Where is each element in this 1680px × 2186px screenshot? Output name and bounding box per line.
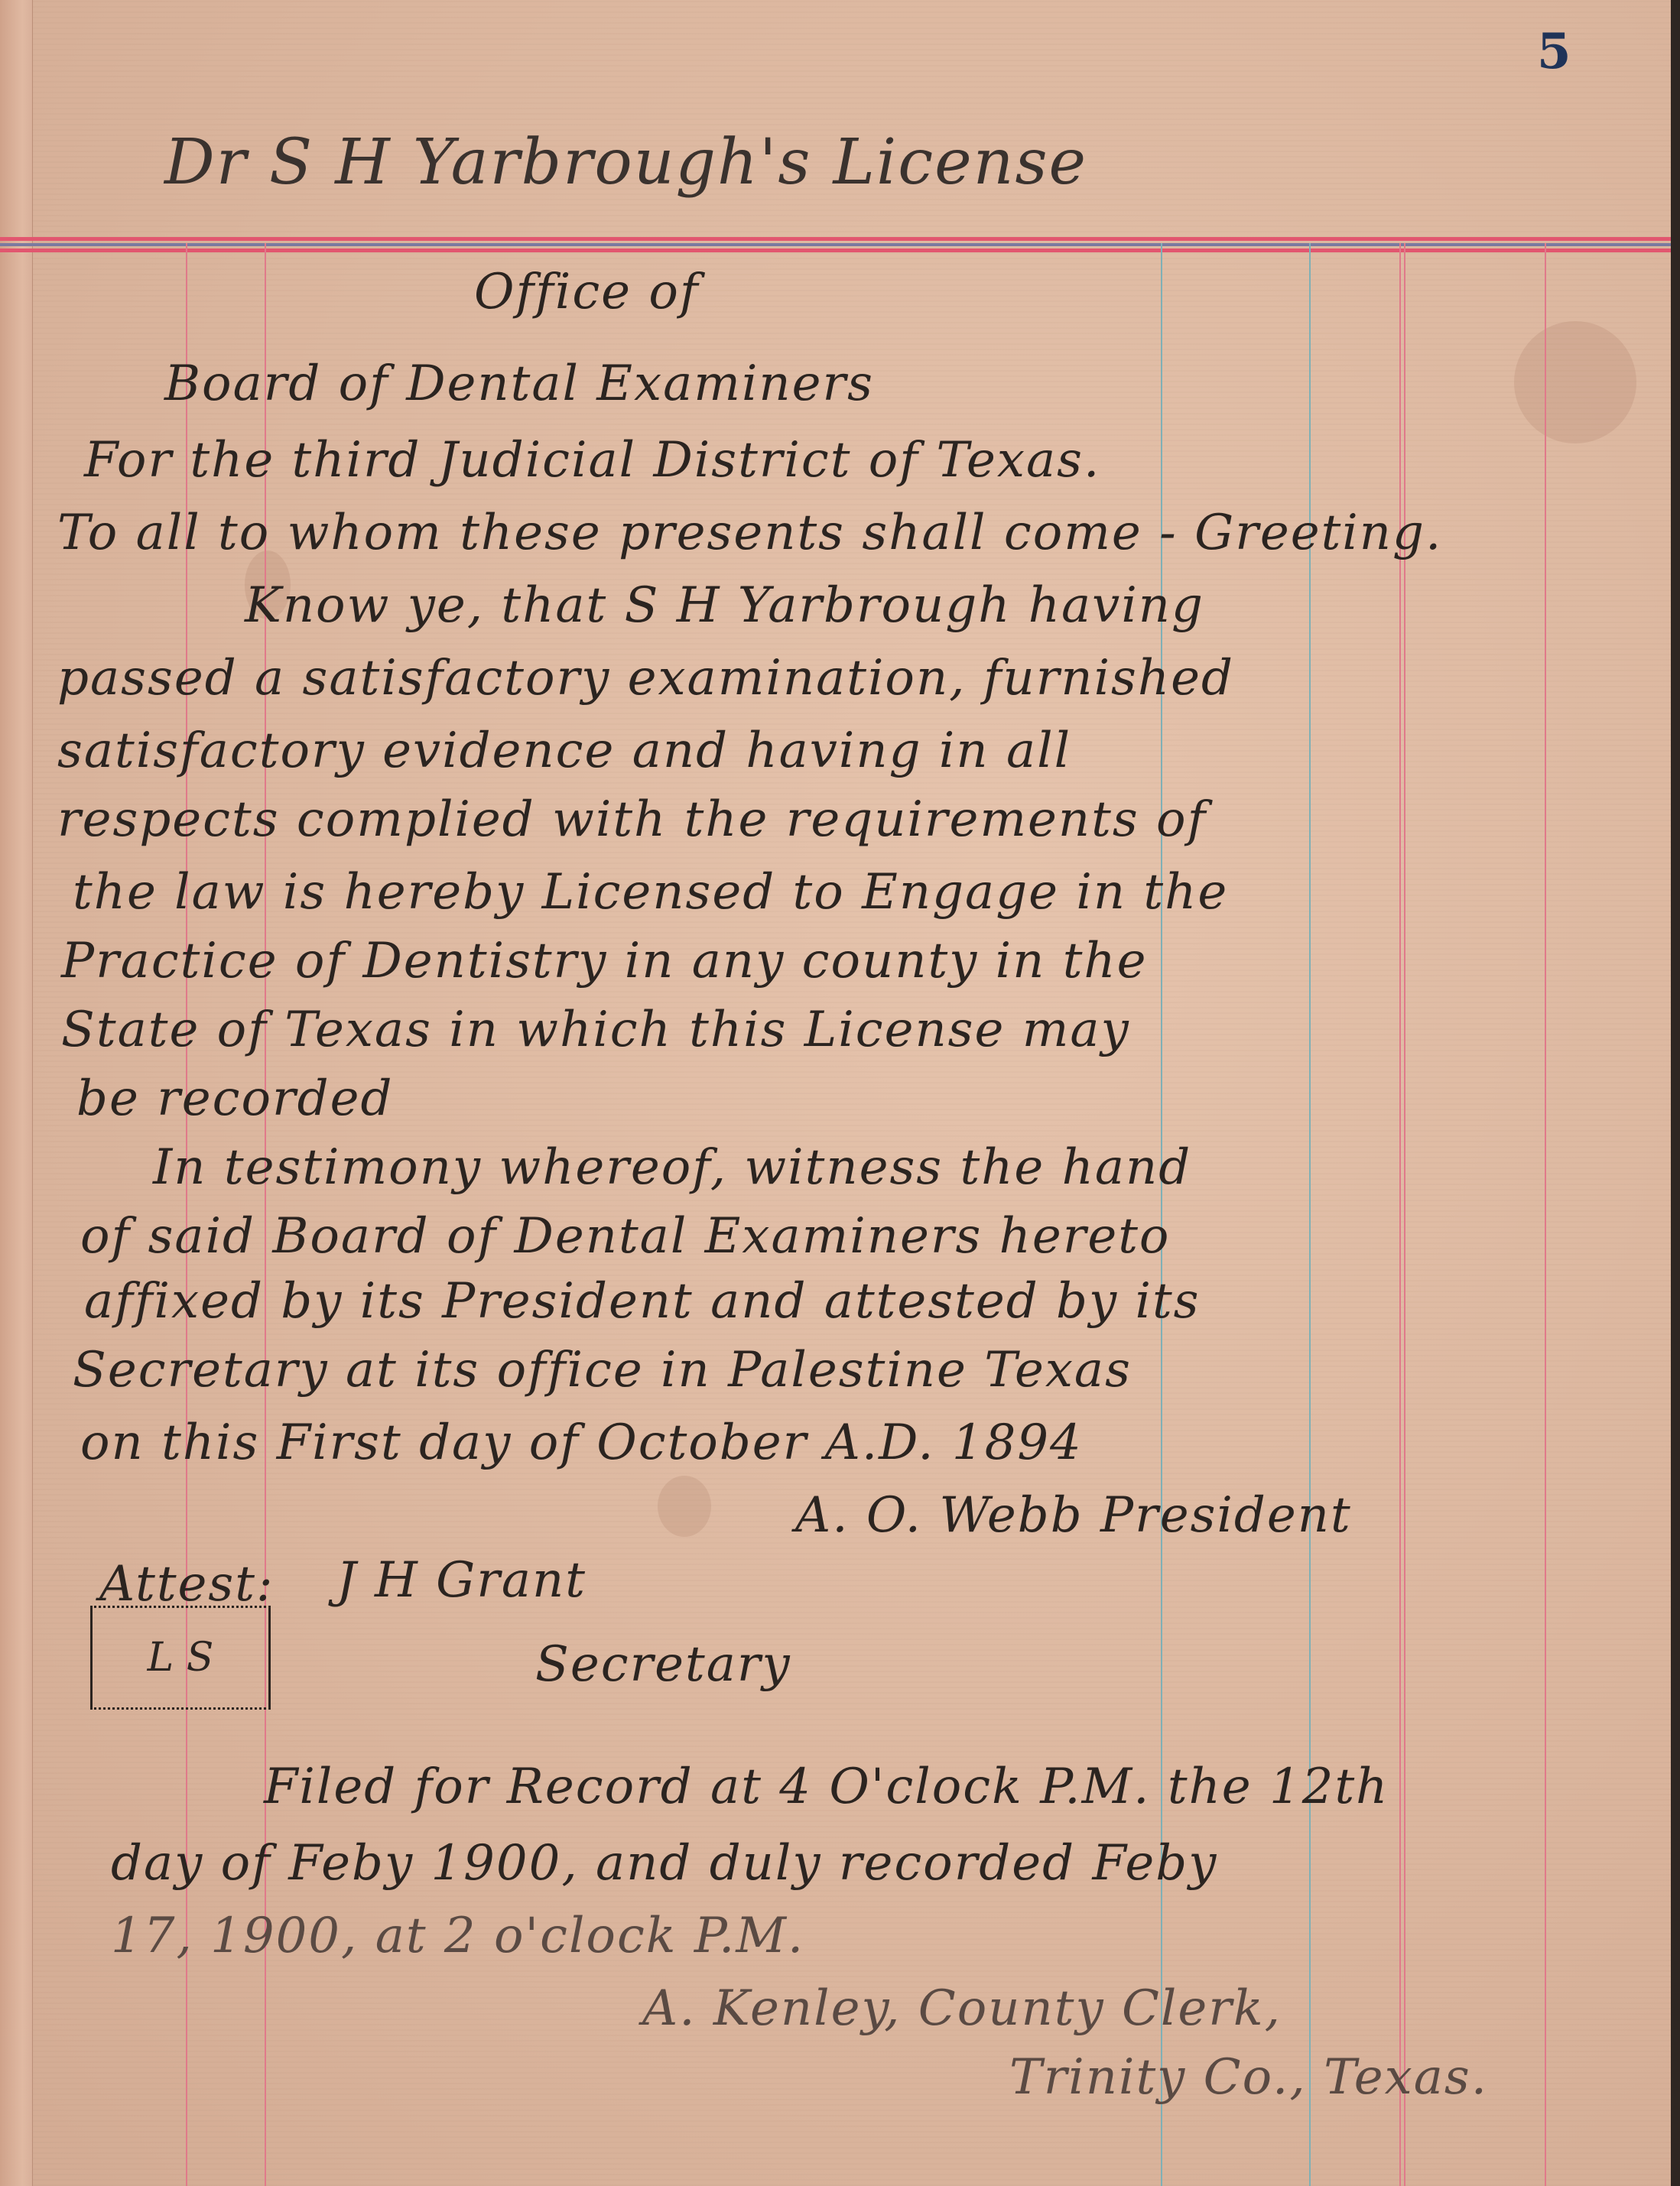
header-rule-red: [0, 248, 1671, 252]
page-title: Dr S H Yarbrough's License: [164, 126, 1087, 199]
body-line: Practice of Dentistry in any county in t…: [61, 933, 1148, 989]
header-rule-red: [0, 237, 1671, 241]
president-signature: A. O. Webb President: [795, 1487, 1352, 1544]
secretary-signature: J H Grant: [336, 1552, 587, 1609]
body-line: Secretary at its office in Palestine Tex…: [73, 1342, 1132, 1398]
paper-stain: [1514, 321, 1636, 443]
body-line: of said Board of Dental Examiners hereto: [80, 1208, 1170, 1265]
page-edge: [1671, 0, 1680, 2186]
body-line: Know ye, that S H Yarbrough having: [245, 577, 1204, 634]
column-rule: [1545, 243, 1546, 2186]
seal-mark: L S: [90, 1606, 271, 1710]
header-rule-blue: [0, 243, 1671, 246]
body-line: on this First day of October A.D. 1894: [80, 1415, 1083, 1471]
secretary-title: Secretary: [535, 1636, 791, 1693]
filing-line: day of Feby 1900, and duly recorded Feby: [111, 1835, 1217, 1892]
ledger-page: 5 Dr S H Yarbrough's License Office of B…: [0, 0, 1671, 2186]
body-line: In testimony whereof, witness the hand: [153, 1139, 1191, 1196]
body-line: satisfactory evidence and having in all: [57, 723, 1071, 779]
attest-label: Attest:: [99, 1556, 275, 1613]
heading-office-of: Office of: [474, 264, 700, 320]
greeting-line: To all to whom these presents shall come…: [57, 505, 1442, 561]
body-line: affixed by its President and attested by…: [84, 1273, 1201, 1330]
body-line: passed a satisfactory examination, furni…: [57, 650, 1234, 706]
filing-line: 17, 1900, at 2 o'clock P.M.: [111, 1908, 804, 1964]
filing-line: Filed for Record at 4 O'clock P.M. the 1…: [264, 1759, 1389, 1815]
body-line: the law is hereby Licensed to Engage in …: [73, 864, 1228, 921]
heading-district: For the third Judicial District of Texas…: [84, 432, 1100, 489]
binding-gutter: [0, 0, 33, 2186]
body-line: be recorded: [76, 1070, 393, 1127]
heading-board: Board of Dental Examiners: [164, 356, 874, 412]
clerk-county: Trinity Co., Texas.: [1009, 2049, 1488, 2106]
paper-stain: [658, 1476, 711, 1537]
page-number: 5: [1537, 23, 1571, 80]
body-line: respects complied with the requirements …: [57, 791, 1207, 848]
body-line: State of Texas in which this License may: [61, 1002, 1130, 1058]
clerk-signature: A. Kenley, County Clerk,: [642, 1980, 1282, 2037]
